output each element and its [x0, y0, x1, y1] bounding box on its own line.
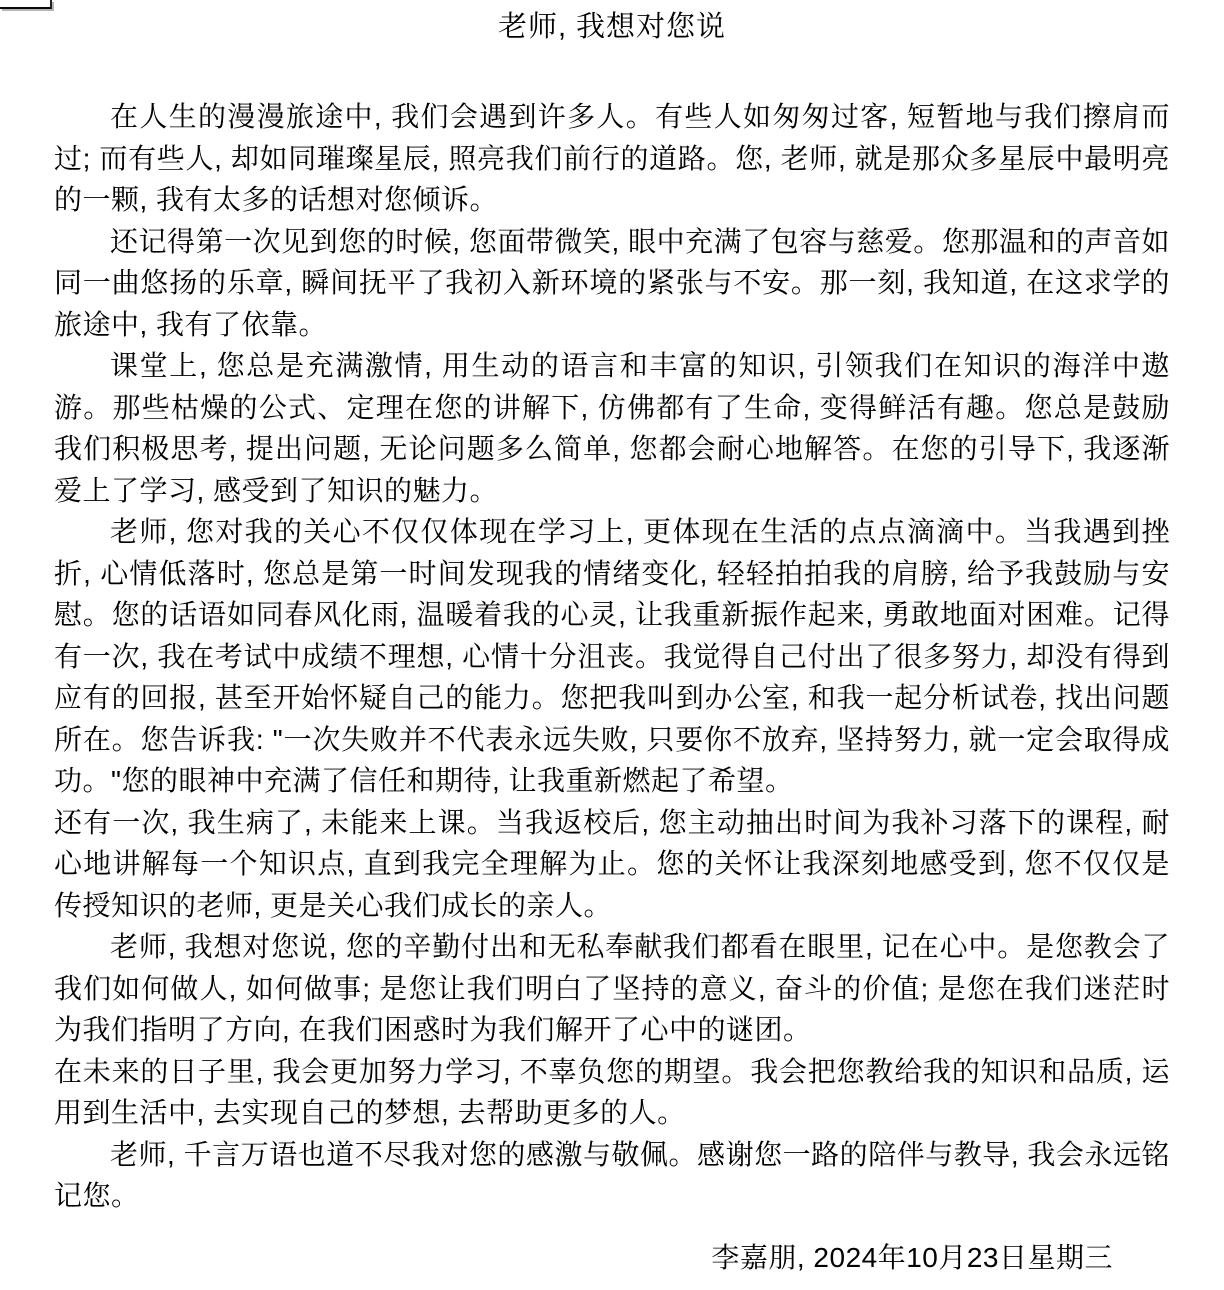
paragraph: 还记得第一次见到您的时候, 您面带微笑, 眼中充满了包容与慈爱。您那温和的声音如… — [54, 221, 1170, 346]
document-title: 老师, 我想对您说 — [0, 0, 1224, 44]
paragraph: 在人生的漫漫旅途中, 我们会遇到许多人。有些人如匆匆过客, 短暂地与我们擦肩而过… — [54, 96, 1170, 221]
paragraph: 课堂上, 您总是充满激情, 用生动的语言和丰富的知识, 引领我们在知识的海洋中遨… — [54, 345, 1170, 511]
document-page: 老师, 我想对您说 在人生的漫漫旅途中, 我们会遇到许多人。有些人如匆匆过客, … — [0, 0, 1224, 1290]
paragraph: 老师, 千言万语也道不尽我对您的感激与敬佩。感谢您一路的陪伴与教导, 我会永远铭… — [54, 1134, 1170, 1217]
paragraph: 还有一次, 我生病了, 未能来上课。当我返校后, 您主动抽出时间为我补习落下的课… — [54, 802, 1170, 927]
paragraph: 在未来的日子里, 我会更加努力学习, 不辜负您的期望。我会把您教给我的知识和品质… — [54, 1051, 1170, 1134]
paragraph: 老师, 您对我的关心不仅仅体现在学习上, 更体现在生活的点点滴滴中。当我遇到挫折… — [54, 511, 1170, 802]
signature-line: 李嘉朋, 2024年10月23日星期三 — [0, 1237, 1224, 1279]
essay-body: 在人生的漫漫旅途中, 我们会遇到许多人。有些人如匆匆过客, 短暂地与我们擦肩而过… — [0, 96, 1224, 1217]
paragraph: 老师, 我想对您说, 您的辛勤付出和无私奉献我们都看在眼里, 记在心中。是您教会… — [54, 926, 1170, 1051]
window-corner-fragment — [0, 0, 52, 9]
